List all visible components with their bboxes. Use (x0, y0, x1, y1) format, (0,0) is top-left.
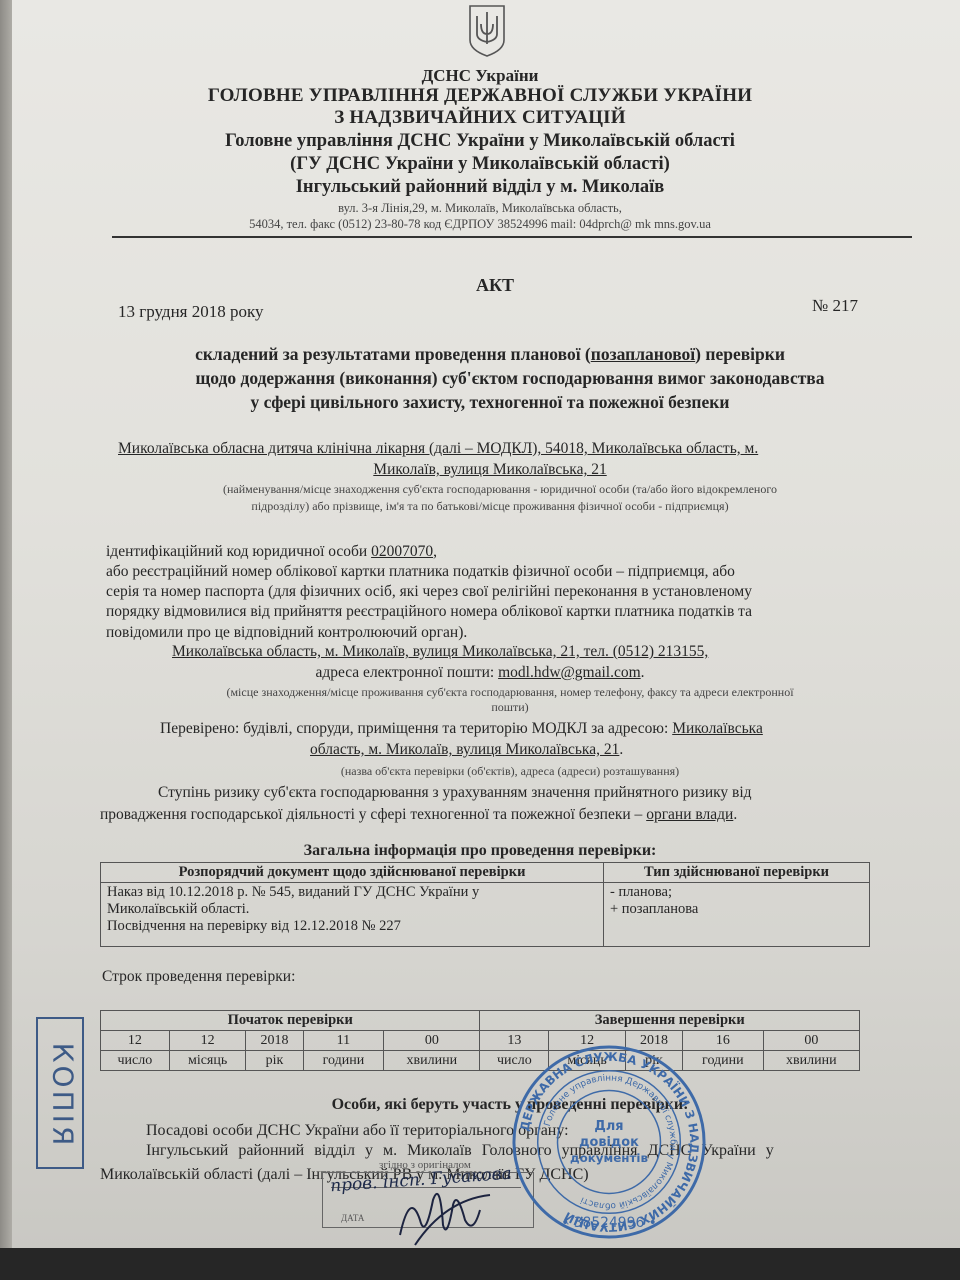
label-minutes: хвилини (384, 1051, 480, 1071)
punct: . (733, 806, 737, 823)
start-header: Початок перевірки (101, 1011, 480, 1031)
svg-text:документів: документів (570, 1151, 648, 1165)
header-divider (112, 236, 912, 238)
act-subtitle-line3: у сфері цивільного захисту, техногенної … (40, 392, 940, 413)
office-contacts: 54034, тел. факс (0512) 23-80-78 код ЄДР… (0, 217, 960, 232)
inspection-type-underlined: позапланової (591, 344, 695, 364)
checked-address-cont: область, м. Миколаїв, вулиця Миколаївськ… (310, 741, 623, 759)
act-title: АКТ (0, 275, 960, 296)
type-unscheduled: + позапланова (610, 901, 863, 918)
copy-stamp-text: КОПІЯ (47, 1031, 80, 1161)
label-day: число (101, 1051, 170, 1071)
risk-line1: Ступінь ризику суб'єкта господарювання з… (158, 784, 752, 802)
entity-email: modl.hdw@gmail.com (498, 664, 641, 681)
regional-office: Головне управління ДСНС України у Микола… (0, 131, 960, 152)
entity-note: (найменування/місце знаходження суб'єкта… (40, 482, 960, 497)
location-note: (місце знаходження/місце проживання суб'… (80, 685, 940, 700)
label-minutes: хвилини (763, 1051, 859, 1071)
entity-email-line: адреса електронної пошти: modl.hdw@gmail… (0, 664, 960, 682)
legal-id-label: ідентифікаційний код юридичної особи (106, 543, 371, 560)
certificate-line: Посвідчення на перевірку від 12.12.2018 … (107, 918, 597, 935)
start-hours: 11 (303, 1031, 384, 1051)
checked-address: область, м. Миколаїв, вулиця Миколаївськ… (310, 741, 619, 758)
trident-coat-of-arms-icon (467, 4, 507, 58)
alt-id-line4: повідомили про це відповідний контролююч… (106, 624, 467, 642)
general-info-table: Розпорядчий документ щодо здійснюваної п… (100, 862, 870, 947)
subtitle-text: складений за результатами проведення пла… (195, 344, 591, 364)
checked-address: Миколаївська (672, 720, 763, 737)
act-date: 13 грудня 2018 року (118, 302, 264, 322)
entity-name-cont: Миколаїв, вулиця Миколаївська, 21 (0, 461, 960, 479)
start-day: 12 (101, 1031, 170, 1051)
signature-icon (395, 1180, 495, 1250)
checked-note: (назва об'єкта перевірки (об'єктів), адр… (80, 764, 940, 779)
risk-text: провадження господарської діяльності у с… (100, 806, 646, 823)
act-subtitle-line1: складений за результатами проведення пла… (40, 344, 940, 365)
checked-objects: Перевірено: будівлі, споруди, приміщення… (160, 720, 763, 738)
act-number: № 217 (812, 296, 858, 316)
agency-short: ДСНС України (0, 66, 960, 86)
alt-id-line2: серія та номер паспорта (для фізичних ос… (106, 583, 752, 601)
entity-note-cont: підрозділу) або прізвище, ім'я та по бат… (40, 499, 940, 514)
label-year: рік (246, 1051, 303, 1071)
entity-name: Миколаївська обласна дитяча клінічна лік… (118, 440, 758, 458)
order-line: Миколаївській області. (107, 901, 597, 918)
risk-line2: провадження господарської діяльності у с… (100, 806, 737, 824)
official-seal-icon: ДЕРЖАВНА СЛУЖБА УКРАЇНИ З НАДЗВИЧАЙНИХ С… (510, 1043, 708, 1241)
label-hours: години (303, 1051, 384, 1071)
copy-stamp: КОПІЯ (36, 1017, 84, 1169)
svg-text:довідок: довідок (579, 1135, 639, 1150)
alt-id-line1: або реєстраційний номер облікової картки… (106, 563, 735, 581)
svg-text:Для: Для (594, 1119, 623, 1134)
inspection-type-cell: - планова; + позапланова (604, 883, 870, 947)
act-subtitle-line2: щодо додержання (виконання) суб'єктом го… (40, 368, 960, 389)
checked-text: Перевірено: будівлі, споруди, приміщення… (160, 720, 672, 737)
agency-full-line2: З НАДЗВИЧАЙНИХ СИТУАЦІЙ (0, 107, 960, 129)
end-header: Завершення перевірки (480, 1011, 860, 1031)
start-month: 12 (169, 1031, 246, 1051)
background-surface (0, 1248, 960, 1280)
label-month: місяць (169, 1051, 246, 1071)
legal-id-code: 02007070 (371, 543, 433, 560)
agency-full-line1: ГОЛОВНЕ УПРАВЛІННЯ ДЕРЖАВНОЇ СЛУЖБИ УКРА… (0, 85, 960, 107)
entity-location: Миколаївська область, м. Миколаїв, вулиц… (172, 643, 708, 661)
term-table: Початок перевірки Завершення перевірки 1… (100, 1010, 860, 1071)
date-label: ДАТА (341, 1213, 364, 1223)
general-info-title: Загальна інформація про проведення перев… (0, 842, 960, 860)
punct: . (641, 664, 645, 681)
district-office: Інгульський районний відділ у м. Миколаї… (0, 177, 960, 198)
location-note-cont: пошти) (80, 700, 940, 715)
punct: . (619, 741, 623, 758)
legal-id-line: ідентифікаційний код юридичної особи 020… (106, 543, 437, 561)
col-order-document: Розпорядчий документ щодо здійснюваної п… (101, 863, 604, 883)
office-address: вул. 3-я Лінія,29, м. Миколаїв, Миколаїв… (0, 201, 960, 216)
regional-office-short: (ГУ ДСНС України у Миколаївській області… (0, 154, 960, 175)
end-minutes: 00 (763, 1031, 859, 1051)
type-planned: - планова; (610, 884, 863, 901)
alt-id-line3: порядку відмовилися від прийняття реєстр… (106, 603, 752, 621)
start-minutes: 00 (384, 1031, 480, 1051)
risk-value: органи влади (646, 806, 733, 823)
order-line: Наказ від 10.12.2018 р. № 545, виданий Г… (107, 884, 597, 901)
participants-line1: Посадові особи ДСНС України або її терит… (146, 1122, 569, 1140)
col-inspection-type: Тип здійснюваної перевірки (604, 863, 870, 883)
start-year: 2018 (246, 1031, 303, 1051)
term-title: Строк проведення перевірки: (102, 968, 295, 986)
svg-text:• 38524996 •: • 38524996 • (561, 1215, 657, 1231)
punct: , (433, 543, 437, 560)
subtitle-text: ) перевірки (695, 344, 785, 364)
email-label: адреса електронної пошти: (315, 664, 498, 681)
order-document-cell: Наказ від 10.12.2018 р. № 545, виданий Г… (101, 883, 604, 947)
